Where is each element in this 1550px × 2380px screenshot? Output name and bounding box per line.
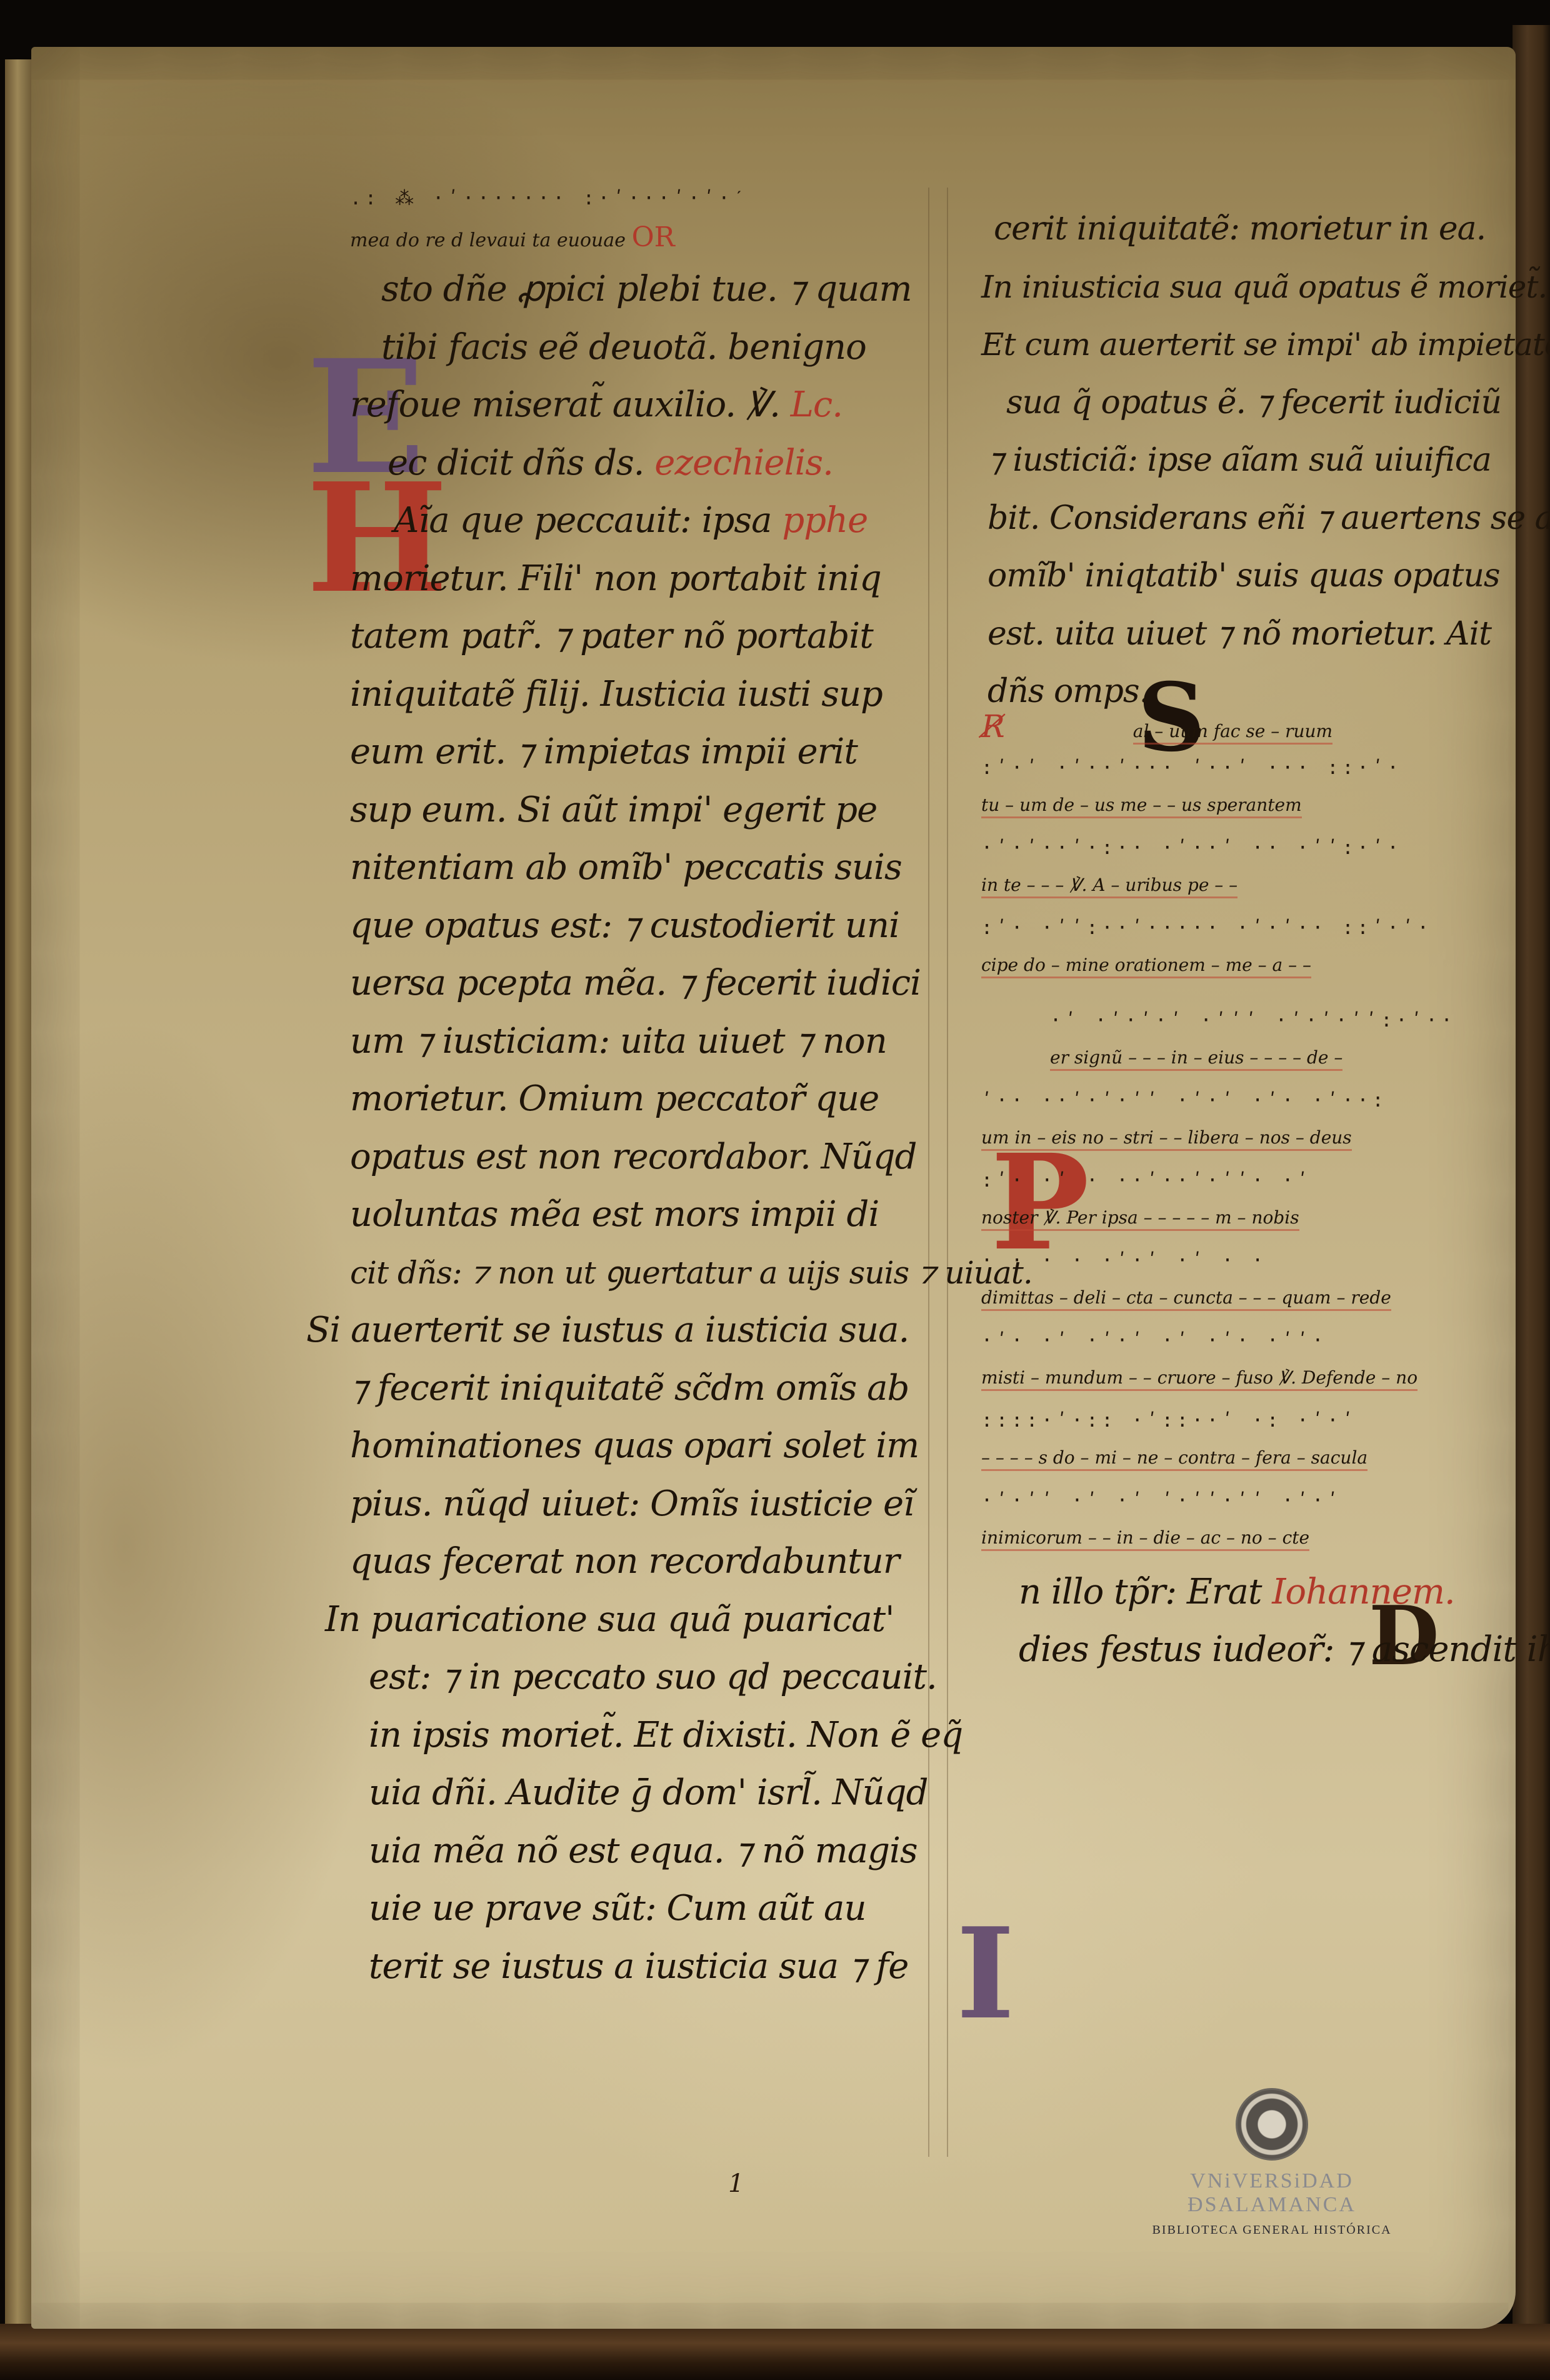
rubric-prophete: pphe xyxy=(782,500,867,541)
text-line: ⁊ fecerit iniquitatẽ sc̃dm omĩs ab xyxy=(350,1360,975,1418)
text-line: uia mẽa nõ est equa. ⁊ nõ magis xyxy=(350,1822,975,1880)
text-line: um ⁊ iusticiam: uita uiuet ⁊ non xyxy=(350,1013,975,1071)
text-line: n illo tp̃r: Erat Iohannem. xyxy=(1019,1564,1519,1622)
chant-line: um in – eis no – stri – – libera – nos –… xyxy=(981,1127,1352,1151)
text-line: in ipsis moriet̃. Et dixisti. Non ẽ eq̃ xyxy=(350,1707,975,1765)
rubric-iohannem: Iohannem. xyxy=(1272,1572,1454,1612)
text-line: ⁊ iusticiã: ipse aĩam suã uiuifica xyxy=(981,431,1519,490)
neume-row: ·ʹ·ʹ··ʹ·:·· ·ʹ··ʹ ·· ·ʹʹ:·ʹ· xyxy=(981,837,1519,875)
chant-line: in te – – – ℣. A – uribus pe – – xyxy=(981,875,1237,898)
chant-line: er signũ – – – in – eius – – – – de – xyxy=(1050,1047,1342,1071)
left-column: .: ⁂ ·ʹ······· :·ʹ···ʹ·ʹ·ˊ mea do re d l… xyxy=(350,188,975,1996)
text-line: Si auerterit se iustus a iusticia sua. xyxy=(306,1302,975,1360)
chant-line: tu – um de – us me – – us sperantem xyxy=(981,795,1302,818)
watermark-line-2: ĐSALAMANCA xyxy=(1128,2193,1416,2217)
watermark-line-1: VNiVERSiDAD xyxy=(1128,2169,1416,2193)
chant-text-line: mea do re d levaui ta euouae OR xyxy=(350,225,975,253)
text-line: tatem patr̃. ⁊ pater nõ portabit xyxy=(350,608,975,666)
chant-line: noster ℣. Per ipsa – – – – – m – nobis xyxy=(981,1207,1299,1231)
neume-row: ·ʹ· ·ʹ ·ʹ·ʹ ·ʹ ·ʹ· ·ʹʹ· xyxy=(981,1330,1519,1367)
text-line: pius. nũqd uiuet: Omĩs iusticie eĩ xyxy=(350,1475,975,1534)
text-line: uersa pcepta mẽa. ⁊ fecerit iudici xyxy=(350,955,975,1013)
chant-line: dimittas – deli – cta – cuncta – – – qua… xyxy=(981,1287,1391,1311)
folio-mark: 1 xyxy=(728,2169,744,2198)
chant-line: – – – – s do – mi – ne – contra – fera –… xyxy=(981,1447,1367,1471)
rubric-source: ezechielis. xyxy=(654,443,833,483)
text-line: sua q̃ opatus ẽ. ⁊ fecerit iudiciũ xyxy=(981,374,1519,432)
chant-line: misti – mundum – – cruore – fuso ℣. Defe… xyxy=(981,1367,1417,1391)
neume-row: · · · · ·ʹ·ʹ ·ʹ · · xyxy=(981,1250,1519,1287)
text-line: opatus est non recordabor. Nũqd xyxy=(350,1128,975,1187)
watermark-line-3: BIBLIOTECA GENERAL HISTÓRICA xyxy=(1128,2219,1416,2241)
text-line: uia dñi. Audite ḡ dom' isrl̃. Nũqd xyxy=(350,1764,975,1822)
text-line: hominationes quas opari solet im xyxy=(350,1417,975,1475)
text-line: In puaricatione sua quã puaricat' xyxy=(325,1591,975,1649)
neume-row: :ʹ· ·ʹ · ··ʹ··ʹ·ʹʹ· ·ʹ xyxy=(981,1170,1519,1207)
chant-line: inimicorum – – in – die – ac – no – cte xyxy=(981,1527,1309,1551)
text-line: dies festus iudeor̃: ⁊ ascendit ihc xyxy=(1019,1621,1519,1679)
text-line: ec dicit dñs ds. ezechielis. xyxy=(350,434,975,493)
neume-row: ·ʹ ·ʹ·ʹ·ʹ ·ʹʹʹ ·ʹ·ʹ·ʹʹ:·ʹ·· xyxy=(981,1010,1519,1047)
text-line: Et cum auerterit se impi' ab impietate xyxy=(981,316,1519,374)
text-line: cit dñs: ⁊ non ut ꝯuertatur a uijs suis … xyxy=(350,1244,975,1302)
right-column: cerit iniquitatẽ: morietur in ea. In ini… xyxy=(981,200,1519,1679)
text-line: sto dñe ꝓpici plebi tue. ⁊ quam xyxy=(350,261,975,319)
rubric-responsory-r: R̸ xyxy=(981,708,1005,745)
text-line: quas fecerat non recordabuntur xyxy=(350,1533,975,1591)
text-line: terit se iustus a iusticia sua ⁊ fe xyxy=(350,1938,975,1996)
text-line: nitentiam ab omĩb' peccatis suis xyxy=(350,839,975,897)
text-line: tibi facis eẽ deuotã. benigno xyxy=(350,319,975,377)
neume-row: ·ʹ·ʹʹ ·ʹ ·ʹ ʹ·ʹʹ·ʹʹ ·ʹ·ʹ xyxy=(981,1490,1519,1527)
neume-row: :ʹ·ʹ ·ʹ··ʹ··· ʹ··ʹ ··· ::·ʹ· xyxy=(981,757,1519,795)
text-line: sup eum. Si aũt impi' egerit pe xyxy=(350,781,975,840)
text-line: Aĩa que peccauit: ipsa pphe xyxy=(350,492,975,550)
library-watermark: VNiVERSiDAD ĐSALAMANCA BIBLIOTECA GENERA… xyxy=(1128,2088,1416,2241)
rubric-lection: Lc. xyxy=(791,384,842,425)
text-line: eum erit. ⁊ impietas impii erit xyxy=(350,723,975,781)
binding-bottom-edge xyxy=(0,2324,1550,2380)
text-line: iniquitatẽ filij. Iusticia iusti sup xyxy=(350,666,975,724)
neume-staffless-row: .: ⁂ ·ʹ······· :·ʹ···ʹ·ʹ·ˊ xyxy=(350,188,975,225)
text-line: In iniusticia sua quã opatus ẽ moriet̃. xyxy=(981,258,1519,316)
chant-line: al – uum fac se – ruum xyxy=(1133,721,1332,745)
text-line: morietur. Omium peccator̃ que xyxy=(350,1070,975,1128)
neume-row: ::::·ʹ·:: ·ʹ::··ʹ ·: ·ʹ·ʹ xyxy=(981,1410,1519,1447)
responsory-block: R̸ al – uum fac se – ruum :ʹ·ʹ ·ʹ··ʹ··· … xyxy=(981,708,1519,1551)
text-line: omĩb' iniqtatib' suis quas opatus xyxy=(981,547,1519,605)
chant-line: cipe do – mine orationem – me – a – – xyxy=(981,955,1311,978)
neume-row: :ʹ· ·ʹʹ:··ʹ····· ·ʹ·ʹ·· ::ʹ·ʹ· xyxy=(981,917,1519,955)
text-line: morietur. Fili' non portabit iniq xyxy=(350,550,975,608)
rubric-or: OR xyxy=(632,221,675,253)
neume-row: ʹ·· ··ʹ·ʹ·ʹʹ ·ʹ·ʹ ·ʹ· ·ʹ··: xyxy=(981,1090,1519,1127)
text-line: est. uita uiuet ⁊ nõ morietur. Ait xyxy=(981,605,1519,663)
text-line: refoue miserat̃ auxilio. ℣. Lc. xyxy=(350,376,975,434)
text-line: bit. Considerans eñi ⁊ auertens se ab xyxy=(981,490,1519,548)
text-line: que opatus est: ⁊ custodierit uni xyxy=(350,897,975,955)
text-line: uoluntas mẽa est mors impii di xyxy=(350,1186,975,1244)
text-line: est: ⁊ in peccato suo qd peccauit. xyxy=(350,1649,975,1707)
text-line: cerit iniquitatẽ: morietur in ea. xyxy=(981,200,1519,258)
chant-syllables: mea do re d levaui ta euouae xyxy=(350,229,626,251)
university-seal-icon xyxy=(1236,2088,1308,2161)
gospel-lesson: n illo tp̃r: Erat Iohannem. dies festus … xyxy=(981,1564,1519,1679)
text-line: uie ue prave sũt: Cum aũt au xyxy=(350,1880,975,1938)
